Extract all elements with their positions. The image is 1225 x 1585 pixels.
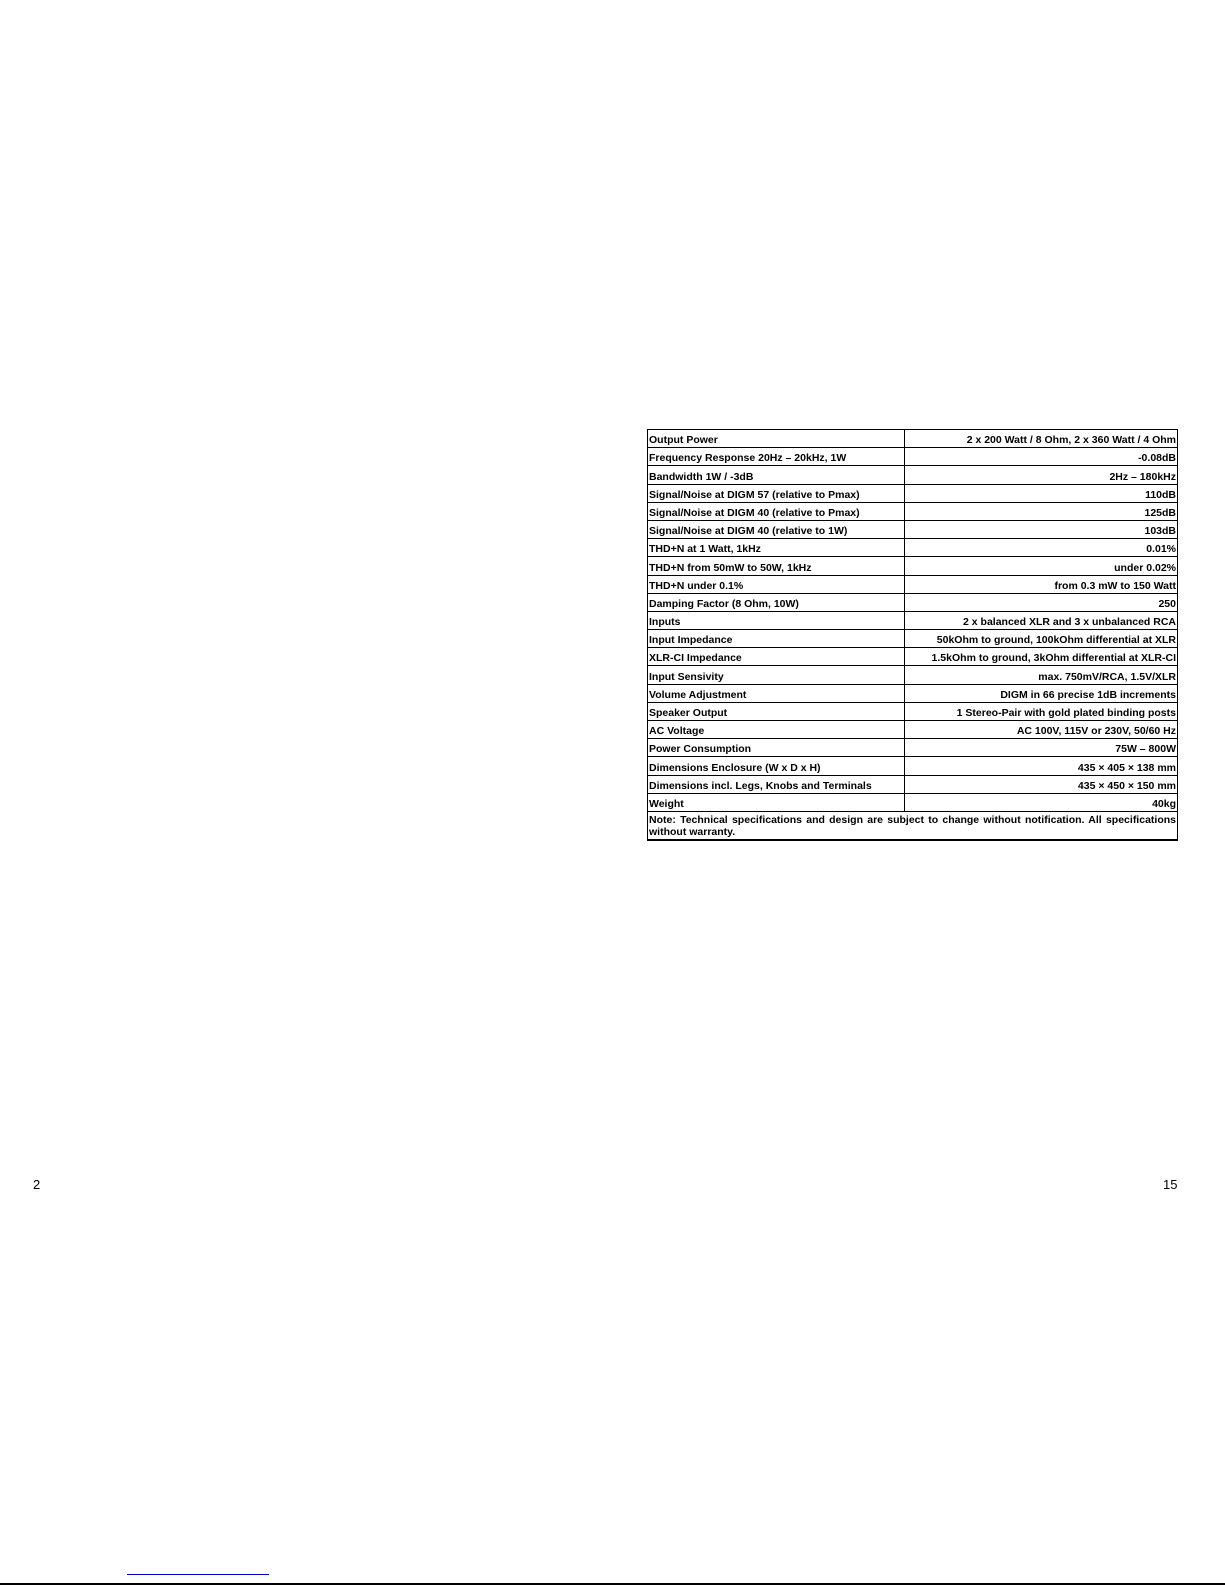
table-row: Frequency Response 20Hz – 20kHz, 1W-0.08…	[648, 448, 1178, 466]
spec-value: DIGM in 66 precise 1dB increments	[905, 684, 1178, 702]
spec-label: Weight	[648, 793, 905, 811]
spec-value: 0.01%	[905, 539, 1178, 557]
spec-value: -0.08dB	[905, 448, 1178, 466]
note-row: Note: Technical specifications and desig…	[648, 811, 1178, 840]
table-row: Signal/Noise at DIGM 57 (relative to Pma…	[648, 484, 1178, 502]
spec-value: 40kg	[905, 793, 1178, 811]
spec-value: 435 × 450 × 150 mm	[905, 775, 1178, 793]
spec-label: Signal/Noise at DIGM 40 (relative to 1W)	[648, 520, 905, 538]
spec-value: 75W – 800W	[905, 739, 1178, 757]
spec-label: Inputs	[648, 611, 905, 629]
table-row: Input Sensivitymax. 750mV/RCA, 1.5V/XLR	[648, 666, 1178, 684]
table-row: Signal/Noise at DIGM 40 (relative to 1W)…	[648, 520, 1178, 538]
table-row: Dimensions Enclosure (W x D x H)435 × 40…	[648, 757, 1178, 775]
spec-label: THD+N at 1 Watt, 1kHz	[648, 539, 905, 557]
spec-label: XLR-CI Impedance	[648, 648, 905, 666]
spec-value: max. 750mV/RCA, 1.5V/XLR	[905, 666, 1178, 684]
spec-value: 2Hz – 180kHz	[905, 466, 1178, 484]
spec-value: 1 Stereo-Pair with gold plated binding p…	[905, 702, 1178, 720]
table-row: Speaker Output1 Stereo-Pair with gold pl…	[648, 702, 1178, 720]
table-row: Power Consumption75W – 800W	[648, 739, 1178, 757]
table-row: XLR-CI Impedance1.5kOhm to ground, 3kOhm…	[648, 648, 1178, 666]
table-row: Dimensions incl. Legs, Knobs and Termina…	[648, 775, 1178, 793]
spec-label: Volume Adjustment	[648, 684, 905, 702]
table-row: Volume AdjustmentDIGM in 66 precise 1dB …	[648, 684, 1178, 702]
spec-label: Frequency Response 20Hz – 20kHz, 1W	[648, 448, 905, 466]
table-row: THD+N from 50mW to 50W, 1kHzunder 0.02%	[648, 557, 1178, 575]
spec-label: AC Voltage	[648, 721, 905, 739]
spec-value: 435 × 405 × 138 mm	[905, 757, 1178, 775]
specifications-note: Note: Technical specifications and desig…	[648, 811, 1178, 840]
spec-value: 50kOhm to ground, 100kOhm differential a…	[905, 630, 1178, 648]
spec-label: Damping Factor (8 Ohm, 10W)	[648, 593, 905, 611]
table-row: THD+N under 0.1%from 0.3 mW to 150 Watt	[648, 575, 1178, 593]
table-row: Signal/Noise at DIGM 40 (relative to Pma…	[648, 502, 1178, 520]
spec-label: THD+N from 50mW to 50W, 1kHz	[648, 557, 905, 575]
spec-value: 250	[905, 593, 1178, 611]
specifications-table: Output Power2 x 200 Watt / 8 Ohm, 2 x 36…	[647, 429, 1178, 841]
spec-label: Input Sensivity	[648, 666, 905, 684]
table-row: Damping Factor (8 Ohm, 10W)250	[648, 593, 1178, 611]
spec-value: under 0.02%	[905, 557, 1178, 575]
spec-label: Signal/Noise at DIGM 40 (relative to Pma…	[648, 502, 905, 520]
spec-label: Dimensions incl. Legs, Knobs and Termina…	[648, 775, 905, 793]
spec-value: 1.5kOhm to ground, 3kOhm differential at…	[905, 648, 1178, 666]
spec-value: 2 x 200 Watt / 8 Ohm, 2 x 360 Watt / 4 O…	[905, 430, 1178, 448]
spec-value: 103dB	[905, 520, 1178, 538]
table-row: THD+N at 1 Watt, 1kHz0.01%	[648, 539, 1178, 557]
spec-label: THD+N under 0.1%	[648, 575, 905, 593]
table-row: Input Impedance50kOhm to ground, 100kOhm…	[648, 630, 1178, 648]
spec-label: Dimensions Enclosure (W x D x H)	[648, 757, 905, 775]
spec-label: Power Consumption	[648, 739, 905, 757]
spec-value: 110dB	[905, 484, 1178, 502]
spec-value: AC 100V, 115V or 230V, 50/60 Hz	[905, 721, 1178, 739]
table-row: Inputs2 x balanced XLR and 3 x unbalance…	[648, 611, 1178, 629]
table-row: Weight40kg	[648, 793, 1178, 811]
table-row: Bandwidth 1W / -3dB2Hz – 180kHz	[648, 466, 1178, 484]
spec-label: Signal/Noise at DIGM 57 (relative to Pma…	[648, 484, 905, 502]
specifications-body: Output Power2 x 200 Watt / 8 Ohm, 2 x 36…	[648, 430, 1178, 812]
spec-label: Speaker Output	[648, 702, 905, 720]
page-number-left: 2	[33, 1177, 40, 1192]
page-number-right: 15	[1163, 1177, 1177, 1192]
spec-value: from 0.3 mW to 150 Watt	[905, 575, 1178, 593]
table-row: AC VoltageAC 100V, 115V or 230V, 50/60 H…	[648, 721, 1178, 739]
spec-value: 2 x balanced XLR and 3 x unbalanced RCA	[905, 611, 1178, 629]
spec-value: 125dB	[905, 502, 1178, 520]
spec-label: Input Impedance	[648, 630, 905, 648]
table-row: Output Power2 x 200 Watt / 8 Ohm, 2 x 36…	[648, 430, 1178, 448]
spec-label: Output Power	[648, 430, 905, 448]
spec-label: Bandwidth 1W / -3dB	[648, 466, 905, 484]
hyperlink-underline[interactable]	[127, 1574, 269, 1575]
